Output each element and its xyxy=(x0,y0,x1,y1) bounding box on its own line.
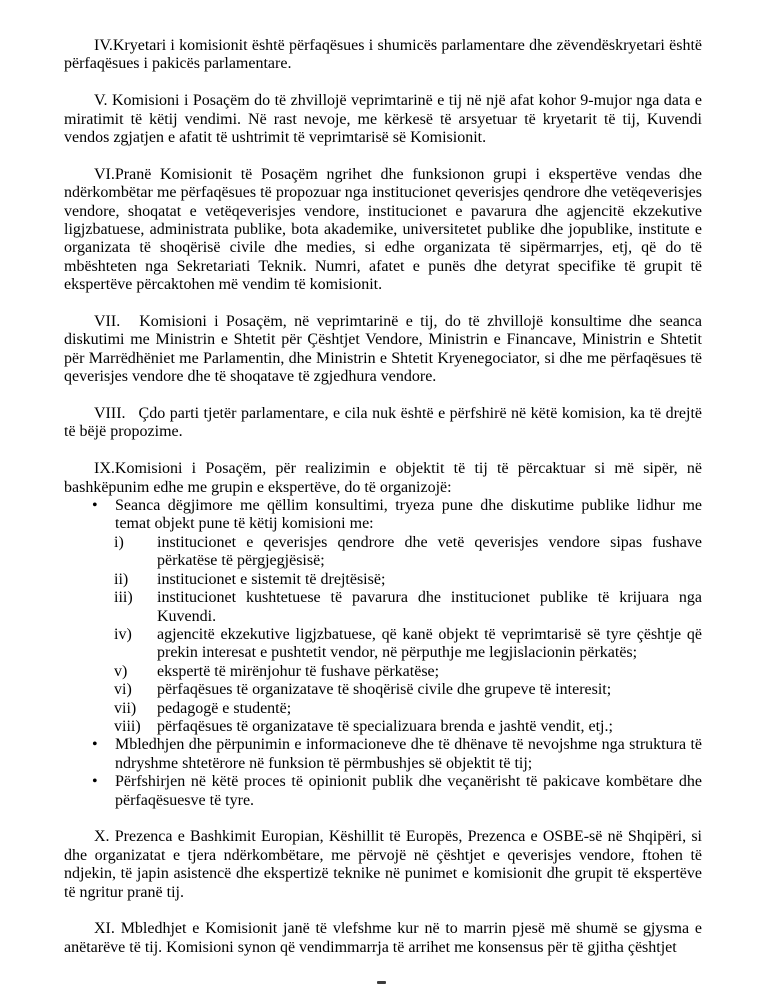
paragraph-number: X. xyxy=(94,828,115,845)
paragraph-xi: XI. Mbledhjet e Komisionit janë të vlefs… xyxy=(64,920,702,957)
paragraph-text: Mbledhjet e Komisionit janë të vlefshme … xyxy=(64,920,702,955)
list-item-text: pedagogë e studentë; xyxy=(157,700,291,717)
paragraph-text: Komisioni i Posaçëm, në veprimtarinë e t… xyxy=(64,313,702,385)
list-item-text: agjencitë ekzekutive ligjzbatuese, që ka… xyxy=(157,626,702,661)
paragraph-text: Komisioni i Posaçëm do të zhvillojë vepr… xyxy=(64,92,702,146)
paragraph-ix: IX.Komisioni i Posaçëm, për realizimin e… xyxy=(64,460,702,497)
bullet-list: •Seanca dëgjimore me qëllim konsultimi, … xyxy=(64,497,702,810)
paragraph-x: X. Prezenca e Bashkimit Europian, Këshil… xyxy=(64,828,702,902)
roman-numeral-marker: viii) xyxy=(114,718,141,736)
paragraph-viii: VIII.Çdo parti tjetër parlamentare, e ci… xyxy=(64,405,702,442)
list-item: ii)institucionet e sistemit të drejtësis… xyxy=(64,571,702,589)
list-item: iii)institucionet kushtetuese të pavarur… xyxy=(64,589,702,626)
roman-numeral-marker: v) xyxy=(114,663,127,681)
list-item: •Seanca dëgjimore me qëllim konsultimi, … xyxy=(64,497,702,534)
bullet-marker: • xyxy=(92,736,98,754)
list-item: •Mbledhjen dhe përpunimin e informacione… xyxy=(64,736,702,773)
paragraph-number: XI. xyxy=(94,920,121,937)
paragraph-text: Prezenca e Bashkimit Europian, Këshillit… xyxy=(64,828,702,900)
roman-numeral-marker: vi) xyxy=(114,681,132,699)
paragraph-text: Komisioni i Posaçëm, për realizimin e ob… xyxy=(64,460,702,495)
list-item-text: Përfshirjen në këtë proces të opinionit … xyxy=(115,773,702,808)
paragraph-iv: IV.Kryetari i komisionit është përfaqësu… xyxy=(64,37,702,74)
paragraph-number: VIII. xyxy=(94,405,139,422)
paragraph-v: V. Komisioni i Posaçëm do të zhvillojë v… xyxy=(64,92,702,147)
roman-numeral-marker: i) xyxy=(114,534,124,552)
list-item: vi)përfaqësues të organizatave të shoqër… xyxy=(64,681,702,699)
list-item-text: institucionet kushtetuese të pavarura dh… xyxy=(157,589,702,624)
paragraph-number: IV. xyxy=(94,37,113,54)
list-item: vii)pedagogë e studentë; xyxy=(64,700,702,718)
list-item: •Përfshirjen në këtë proces të opinionit… xyxy=(64,773,702,810)
page-number-partial xyxy=(377,981,386,984)
list-item: v)ekspertë të mirënjohur të fushave përk… xyxy=(64,663,702,681)
list-item-text: ekspertë të mirënjohur të fushave përkat… xyxy=(157,663,439,680)
roman-numeral-marker: vii) xyxy=(114,700,136,718)
paragraph-vii: VII.Komisioni i Posaçëm, në veprimtarinë… xyxy=(64,313,702,387)
list-item: iv)agjencitë ekzekutive ligjzbatuese, që… xyxy=(64,626,702,663)
document-page: IV.Kryetari i komisionit është përfaqësu… xyxy=(0,0,765,990)
list-item-text: përfaqësues të organizatave të specializ… xyxy=(157,718,613,735)
roman-numeral-marker: ii) xyxy=(114,571,128,589)
list-item: viii)përfaqësues të organizatave të spec… xyxy=(64,718,702,736)
paragraph-number: IX. xyxy=(94,460,115,477)
bullet-marker: • xyxy=(92,773,98,791)
paragraph-text: Kryetari i komisionit është përfaqësues … xyxy=(64,37,702,72)
roman-numeral-marker: iv) xyxy=(114,626,132,644)
list-item-text: përfaqësues të organizatave të shoqërisë… xyxy=(157,681,611,698)
paragraph-vi: VI.Pranë Komisionit të Posaçëm ngrihet d… xyxy=(64,166,702,295)
list-item-text: institucionet e qeverisjes qendrore dhe … xyxy=(157,534,702,569)
bullet-marker: • xyxy=(92,497,98,515)
paragraph-number: VII. xyxy=(94,313,139,330)
list-item: i)institucionet e qeverisjes qendrore dh… xyxy=(64,534,702,571)
list-item-text: Mbledhjen dhe përpunimin e informacionev… xyxy=(115,736,702,771)
paragraph-text: Çdo parti tjetër parlamentare, e cila nu… xyxy=(64,405,702,440)
list-item-text: Seanca dëgjimore me qëllim konsultimi, t… xyxy=(115,497,702,532)
roman-numeral-marker: iii) xyxy=(114,589,133,607)
paragraph-number: V. xyxy=(94,92,112,109)
paragraph-number: VI. xyxy=(94,166,115,183)
list-item-text: institucionet e sistemit të drejtësisë; xyxy=(157,571,385,588)
paragraph-text: Pranë Komisionit të Posaçëm ngrihet dhe … xyxy=(64,166,702,293)
